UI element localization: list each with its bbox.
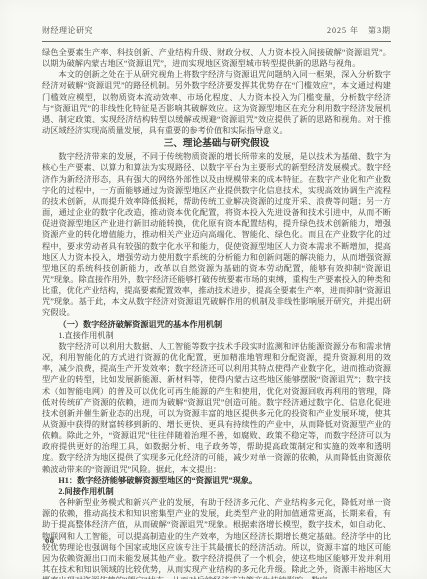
sub2-heading: 2.间接作用机制 bbox=[42, 486, 391, 497]
issue-info: 2025 年 第3期 bbox=[327, 25, 391, 36]
paragraph-innovation: 本文的创新之处在于从研究视角上将数字经济与资源诅咒问题纳入同一框架，深入分析数字… bbox=[42, 69, 391, 136]
paragraph-direct-mechanism: 数字经济可以利用大数据、人工智能等数字技术手段实时监测和评估能源资源分布和需求情… bbox=[42, 341, 391, 475]
paragraph-indirect-mechanism: 各种新型业务模式和新兴产业的发展，有助于经济多元化、产业结构多元化，降低对单一资… bbox=[42, 497, 391, 579]
paragraph-continuation: 绿色全要素生产率、科技创新、产业结构升级、财政分权、人力资本投入间接破解“资源诅… bbox=[42, 47, 391, 69]
paper-page: 财经理论研究 2025 年 第3期 绿色全要素生产率、科技创新、产业结构升级、财… bbox=[0, 0, 427, 579]
page-body: 绿色全要素生产率、科技创新、产业结构升级、财政分权、人力资本投入间接破解“资源诅… bbox=[42, 47, 391, 579]
sub1-heading: 1.直接作用机制 bbox=[42, 330, 391, 341]
hypothesis-h1: H1：数字经济能够破解资源型地区的“资源诅咒”现象。 bbox=[42, 475, 391, 486]
journal-title: 财经理论研究 bbox=[42, 25, 93, 36]
subsection-heading: （一）数字经济破解资源诅咒的基本作用机制 bbox=[42, 319, 391, 330]
running-header: 财经理论研究 2025 年 第3期 bbox=[42, 25, 391, 42]
page-number: 68 bbox=[45, 535, 55, 545]
paragraph-theory: 数字经济带来的发展，不同于传统物质资源的增长所带来的发展，是以技术为基础、数字为… bbox=[42, 151, 391, 318]
section-heading: 三、理论基础与研究假设 bbox=[42, 137, 391, 150]
